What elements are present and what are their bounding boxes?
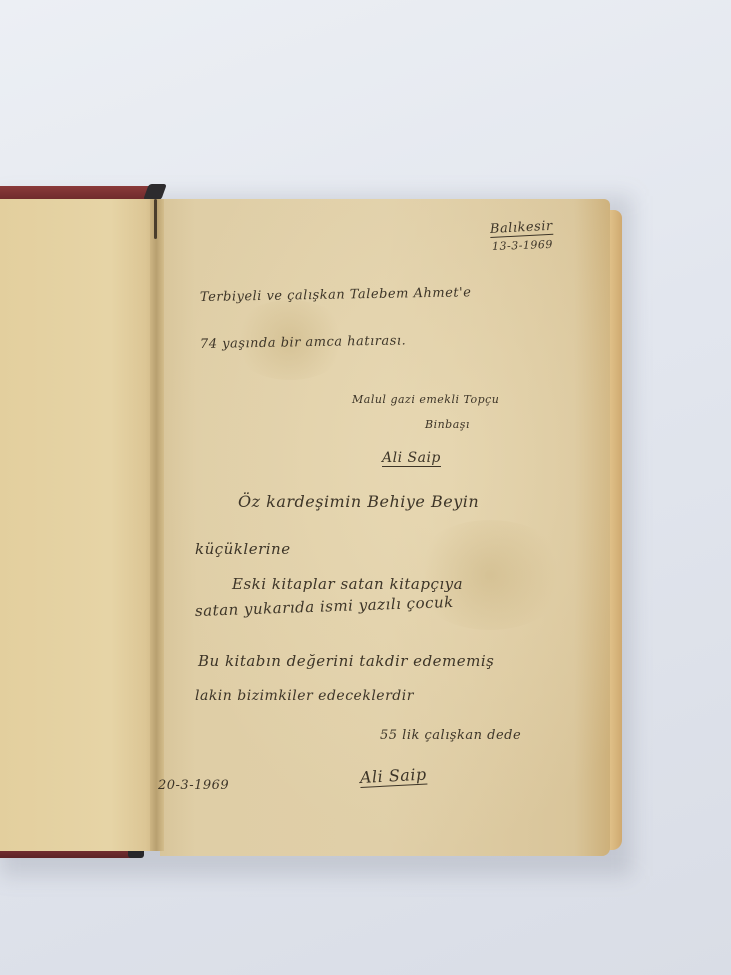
- footer-date: 20-3-1969: [158, 778, 229, 793]
- closing-signature: Ali Saip: [359, 765, 427, 788]
- header-place: Balıkesir: [490, 219, 553, 238]
- header-date: 13-3-1969: [492, 238, 553, 253]
- note-line-1: Öz kardeşimin Behiye Beyin: [238, 492, 479, 511]
- binding-crack: [154, 199, 157, 239]
- book-gutter: [150, 199, 164, 851]
- closing-line: 55 lik çalışkan dede: [380, 728, 521, 743]
- signature-title: Malul gazi emekli Topçu: [352, 393, 499, 406]
- note-line-6: lakin bizimkiler edeceklerdir: [195, 688, 414, 704]
- note-line-2: küçüklerine: [195, 540, 291, 558]
- book-cover-top-edge: [0, 186, 160, 200]
- signature: Ali Saip: [382, 450, 441, 467]
- note-line-5: Bu kitabın değerini takdir edememiş: [198, 652, 494, 670]
- signature-rank: Binbaşı: [425, 418, 470, 431]
- left-endpaper: [0, 199, 158, 851]
- note-line-3: Eski kitaplar satan kitapçıya: [232, 575, 463, 593]
